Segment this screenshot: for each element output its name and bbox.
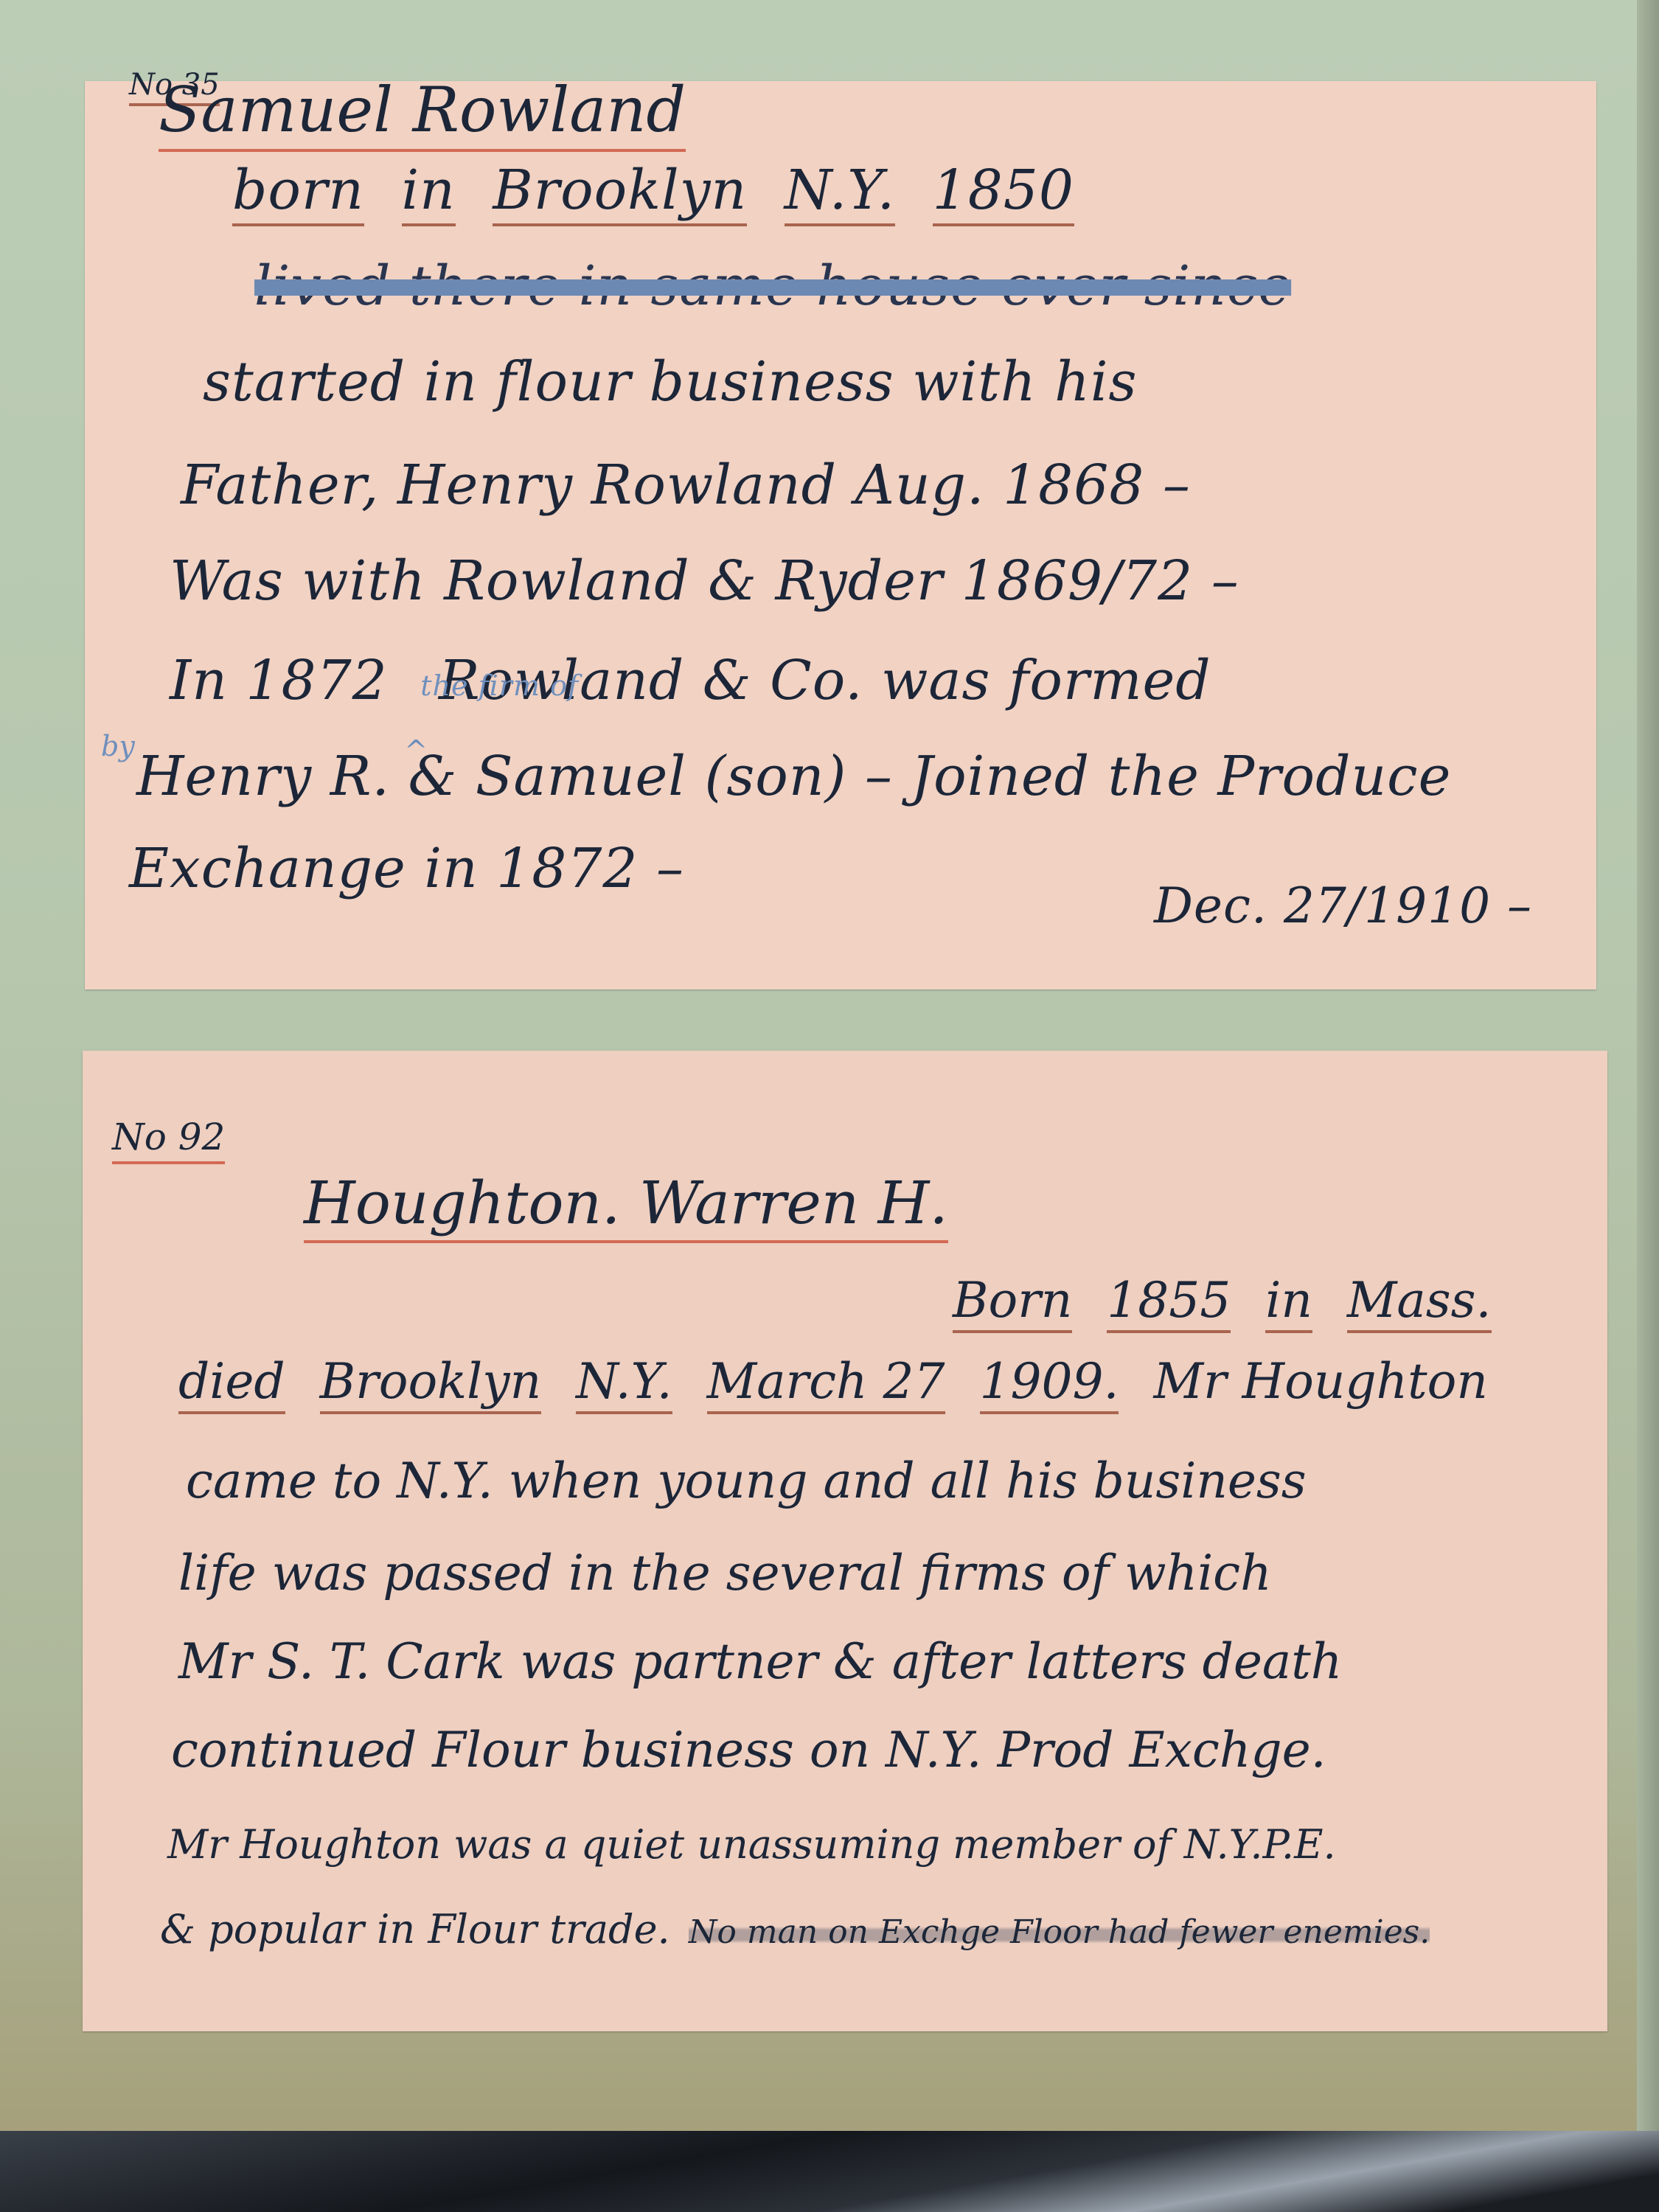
insert-annotation: the firm of: [420, 669, 579, 702]
born-line: Born 1855 in Mass.: [953, 1272, 1511, 1333]
card-date: Dec. 27/1910 –: [1154, 877, 1532, 934]
born-place: Mass.: [1347, 1272, 1492, 1333]
died-date: March 27: [707, 1353, 945, 1414]
born-year: 1855: [1107, 1272, 1231, 1333]
page-edge: [1637, 0, 1659, 2138]
born-place: Brooklyn: [493, 159, 747, 226]
text-line: Father, Henry Rowland Aug. 1868 –: [181, 453, 1191, 517]
text-line: Exchange in 1872 –: [129, 837, 684, 900]
died-word: died: [178, 1353, 285, 1414]
book-cover-edge: [0, 2131, 1659, 2212]
born-in: in: [1265, 1272, 1312, 1333]
card-name: Houghton. Warren H.: [304, 1169, 948, 1243]
text-line: & popular in Flour trade. No man on Exch…: [160, 1906, 1430, 1952]
text-segment: & popular in Flour trade.: [160, 1906, 670, 1952]
text-line: Henry R. & Samuel (son) – Joined the Pro…: [136, 745, 1451, 808]
text-line: Mr Houghton was a quiet unassuming membe…: [167, 1821, 1336, 1868]
born-line: born in Brooklyn N.Y. 1850: [232, 159, 1093, 226]
index-card-houghton: No 92 Houghton. Warren H. Born 1855 in M…: [83, 1051, 1607, 2031]
text-line: continued Flour business on N.Y. Prod Ex…: [171, 1722, 1326, 1778]
born-state: N.Y.: [785, 159, 895, 226]
born-word: born: [232, 159, 364, 226]
card-name: Samuel Rowland: [159, 74, 686, 152]
died-line: died Brooklyn N.Y. March 27 1909. Mr Hou…: [178, 1353, 1507, 1414]
smudged-text: No man on Exchge Floor had fewer enemies…: [689, 1913, 1430, 1951]
died-state: N.Y.: [576, 1353, 672, 1414]
text-line: life was passed in the several firms of …: [178, 1545, 1272, 1601]
text-segment: In 1872: [170, 649, 388, 712]
struck-line: lived there in same house ever since: [254, 254, 1291, 318]
died-year: 1909.: [980, 1353, 1119, 1414]
died-place: Brooklyn: [320, 1353, 541, 1414]
text-line: came to N.Y. when young and all his busi…: [186, 1453, 1307, 1509]
born-word: Born: [953, 1272, 1072, 1333]
text-segment: Mr Houghton: [1153, 1353, 1487, 1410]
text-line: started in flour business with his: [203, 350, 1137, 414]
margin-annotation: by: [101, 730, 135, 762]
text-line: Mr S. T. Cark was partner & after latter…: [178, 1633, 1342, 1690]
born-year: 1850: [933, 159, 1074, 226]
text-line: Was with Rowland & Ryder 1869/72 –: [170, 549, 1239, 613]
born-in: in: [402, 159, 456, 226]
card-number: No 92: [112, 1116, 225, 1164]
index-card-rowland: No 35 Samuel Rowland born in Brooklyn N.…: [85, 81, 1596, 990]
text-line: In 1872 the firm of ^ Rowland & Co. was …: [170, 649, 1211, 712]
